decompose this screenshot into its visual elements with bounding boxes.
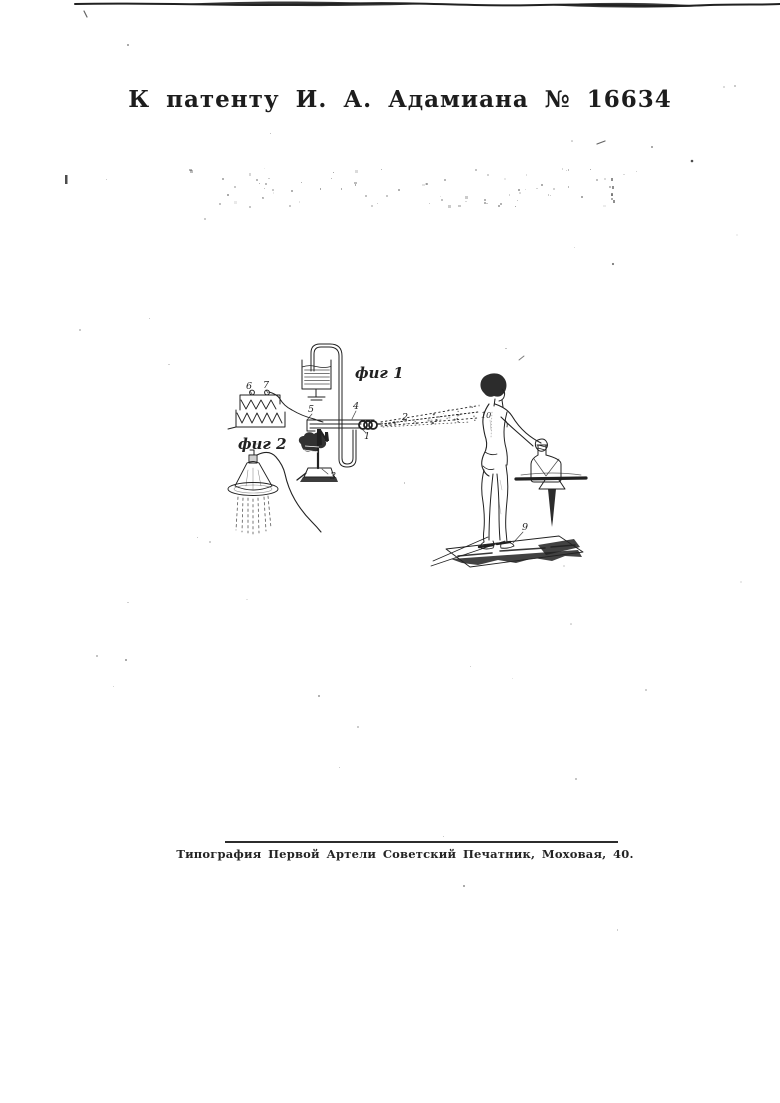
part-label-5: 5 [308, 404, 314, 415]
footer-imprint: Типография Первой Артели Советский Печат… [30, 847, 780, 861]
atomizer-coil [359, 421, 381, 429]
spray-jet [381, 405, 480, 427]
figure-1: фиг 1 [228, 344, 480, 482]
shower-funnel [228, 450, 278, 496]
shower-pipe [257, 452, 321, 532]
part-label-6: 6 [246, 381, 252, 392]
part-label-7: 7 [263, 380, 270, 391]
part-label-3: 3 [330, 471, 336, 482]
pedestal-table [516, 473, 586, 527]
footer-rule [225, 841, 618, 843]
fig2-caption: фиг 2 [238, 435, 287, 453]
beaker [302, 360, 331, 400]
part-label-1: 1 [364, 431, 370, 442]
heater-box [228, 390, 285, 429]
person-hair [480, 373, 506, 396]
weighing-platform: 9 [431, 522, 583, 567]
patent-drawing: фиг 1 [0, 0, 780, 1103]
water-tube [311, 344, 342, 419]
u-trap [339, 419, 356, 467]
part-label-2: 2 [401, 412, 408, 423]
person-figure: 10 [480, 373, 547, 549]
top-edge-artifact [75, 2, 780, 8]
shower-spray [236, 496, 271, 534]
scan-marks [65, 11, 736, 887]
part-label-9: 9 [522, 522, 528, 533]
part-label-10: 10 [481, 411, 491, 420]
bottle [531, 445, 561, 482]
stand-clamp-hand [299, 432, 326, 468]
fig1-caption: фиг 1 [355, 364, 404, 382]
part-label-4: 4 [352, 401, 359, 412]
patent-page: К патенту И. А. Адамиана № 16634 фиг 1 [0, 0, 780, 1103]
